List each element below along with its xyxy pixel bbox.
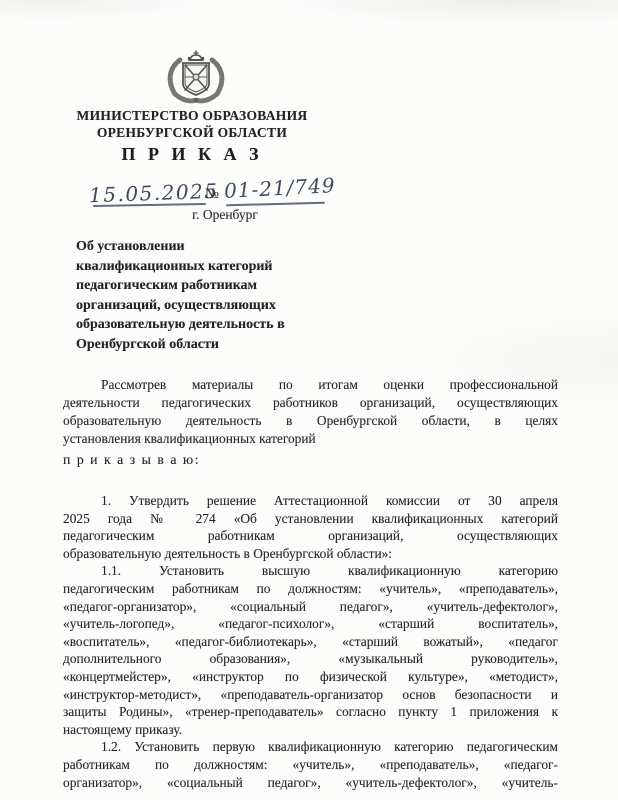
ministry-name: МИНИСТЕРСТВО ОБРАЗОВАНИЯ ОРЕНБУРГСКОЙ ОБ… [40, 107, 344, 141]
order-line: 1.2. Установить первую квалификационную … [63, 738, 558, 756]
subject-line: педагогическим работникам [76, 276, 348, 296]
ministry-name-line2: ОРЕНБУРГСКОЙ ОБЛАСТИ [40, 124, 344, 141]
preamble-line: деятельности педагогических работников о… [63, 394, 558, 412]
order-line: 1.1. Установить высшую квалификационную … [63, 562, 558, 580]
handwritten-number: 01-21/749 [223, 173, 336, 203]
preamble-paragraph: Рассмотрев материалы по итогам оценки пр… [63, 376, 558, 448]
subject-line: организаций, осуществляющих [76, 296, 348, 316]
order-item-1: 1. Утвердить решение Аттестационной коми… [63, 492, 558, 562]
order-line: «педагог-организатор», «социальный педаг… [63, 598, 558, 616]
scanned-order-page: МИНИСТЕРСТВО ОБРАЗОВАНИЯ ОРЕНБУРГСКОЙ ОБ… [0, 0, 618, 800]
order-item-1-2: 1.2. Установить первую квалификационную … [63, 738, 558, 791]
decree-word: п р и к а з ы в а ю: [63, 452, 200, 468]
order-line: 2025 года № 274 «Об установлении квалифи… [63, 510, 558, 528]
document-type-title: П Р И К А З [40, 144, 344, 165]
subject-line: Об установлении [76, 237, 348, 257]
order-line: «концертмейстер», «инструктор по физичес… [63, 668, 558, 686]
order-item-1-1: 1.1. Установить высшую квалификационную … [63, 562, 558, 738]
order-line: педагогическим работникам организаций, о… [63, 527, 558, 545]
subject-line: образовательную деятельность в [76, 315, 348, 335]
order-line: настоящему приказу. [63, 721, 558, 739]
order-subject: Об установлении квалификационных категор… [76, 237, 348, 354]
order-line: «инструктор-методист», «преподаватель-ор… [63, 686, 558, 704]
order-line: образовательную деятельность в Оренбургс… [63, 545, 558, 563]
order-line: 1. Утвердить решение Аттестационной коми… [63, 492, 558, 510]
order-line: педагогическим работникам по должностям:… [63, 580, 558, 598]
preamble-line: Рассмотрев материалы по итогам оценки пр… [63, 376, 558, 394]
city-label: г. Оренбург [160, 207, 290, 223]
order-line: работникам по должностям: «учитель», «пр… [63, 756, 558, 774]
order-line: защиты Родины», «тренер-преподаватель» с… [63, 703, 558, 721]
subject-line: квалификационных категорий [76, 257, 348, 277]
preamble-line: образовательную деятельность в Оренбургс… [63, 412, 558, 430]
subject-line: Оренбургской области [76, 335, 348, 355]
order-line: организатор», «социальный педагог», «учи… [63, 774, 558, 792]
number-underline [226, 202, 325, 207]
order-line: дополнительного образования», «музыкальн… [63, 650, 558, 668]
ministry-name-line1: МИНИСТЕРСТВО ОБРАЗОВАНИЯ [40, 107, 344, 124]
order-body: 1. Утвердить решение Аттестационной коми… [63, 492, 558, 791]
coat-of-arms-icon [158, 50, 234, 104]
preamble-line: установления квалификационных категорий [63, 430, 558, 448]
number-sign: № [205, 186, 219, 203]
order-line: «воспитатель», «педагог-библиотекарь», «… [63, 633, 558, 651]
order-line: «учитель-логопед», «педагог-психолог», «… [63, 615, 558, 633]
